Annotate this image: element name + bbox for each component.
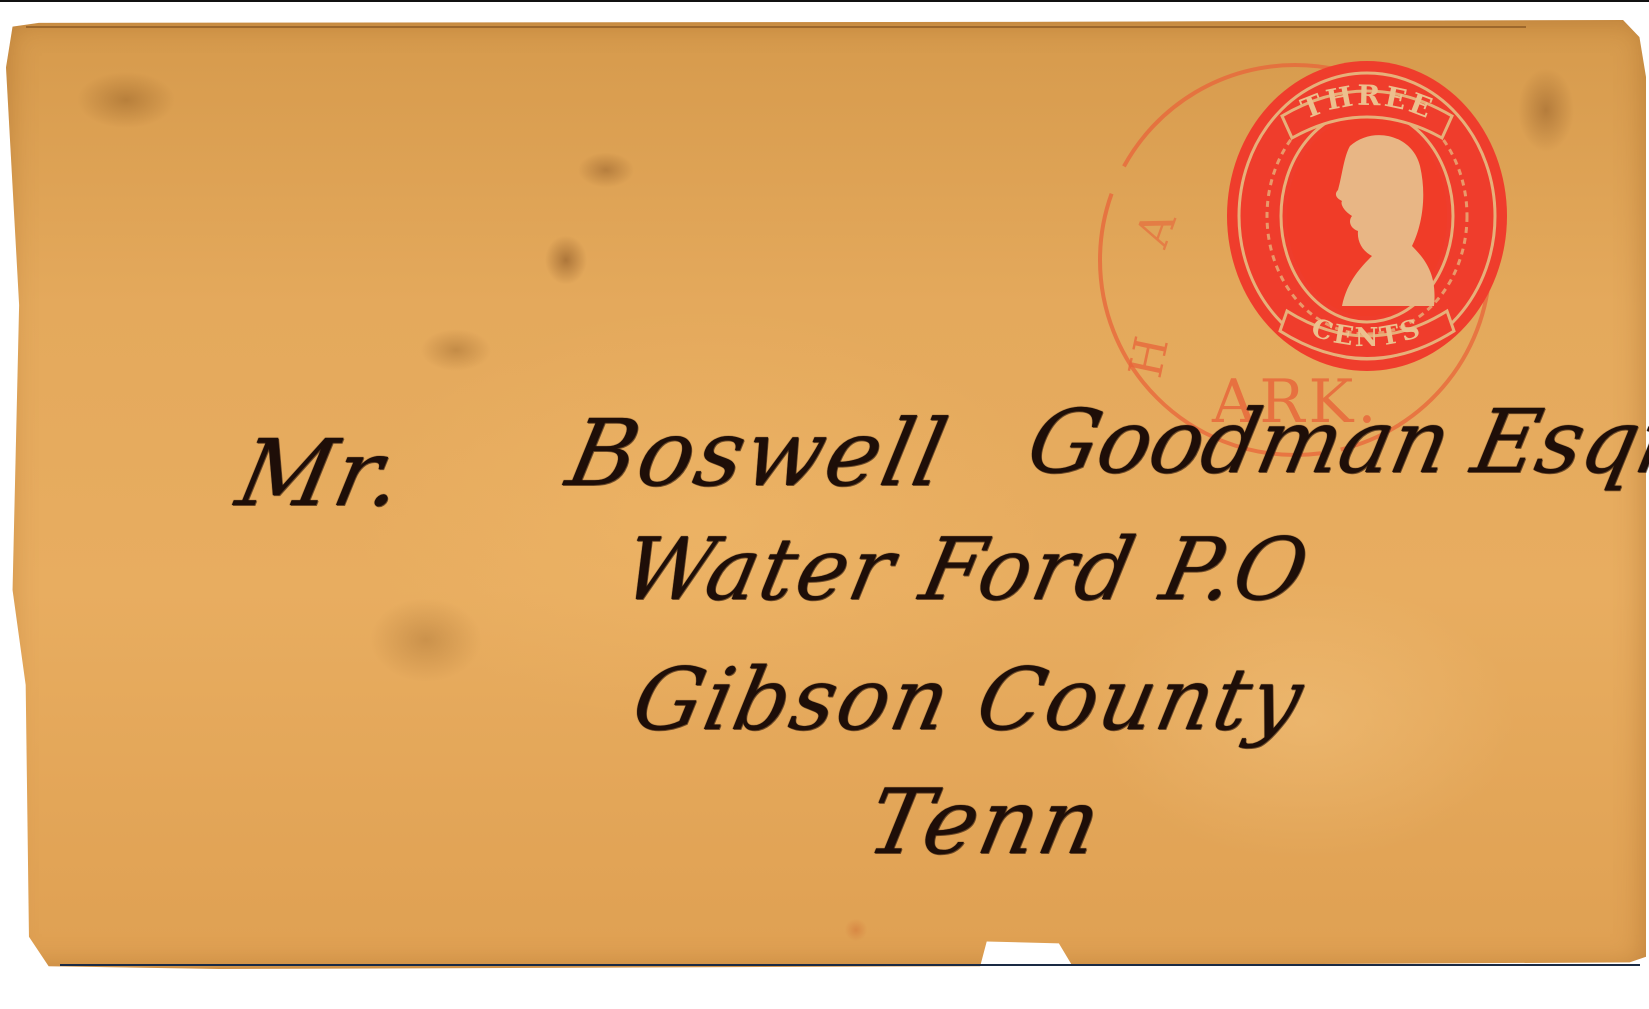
scan-shadow-edge — [60, 964, 1640, 966]
postmark-letter-h: H — [1118, 332, 1179, 382]
address-surname: Goodman Esqr — [1019, 390, 1649, 493]
scan-border-line — [0, 0, 1649, 2]
address-first-name: Boswell — [559, 400, 958, 507]
postmark-letter-a: A — [1124, 203, 1187, 254]
envelope-flap-fold — [26, 26, 1526, 28]
three-cent-stamp: THREE CENTS — [1222, 56, 1512, 376]
address-county: Gibson County — [624, 650, 1313, 750]
address-salutation: Mr. — [229, 420, 415, 527]
address-state: Tenn — [859, 770, 1112, 875]
address-post-office: Water Ford P.O — [614, 520, 1318, 620]
